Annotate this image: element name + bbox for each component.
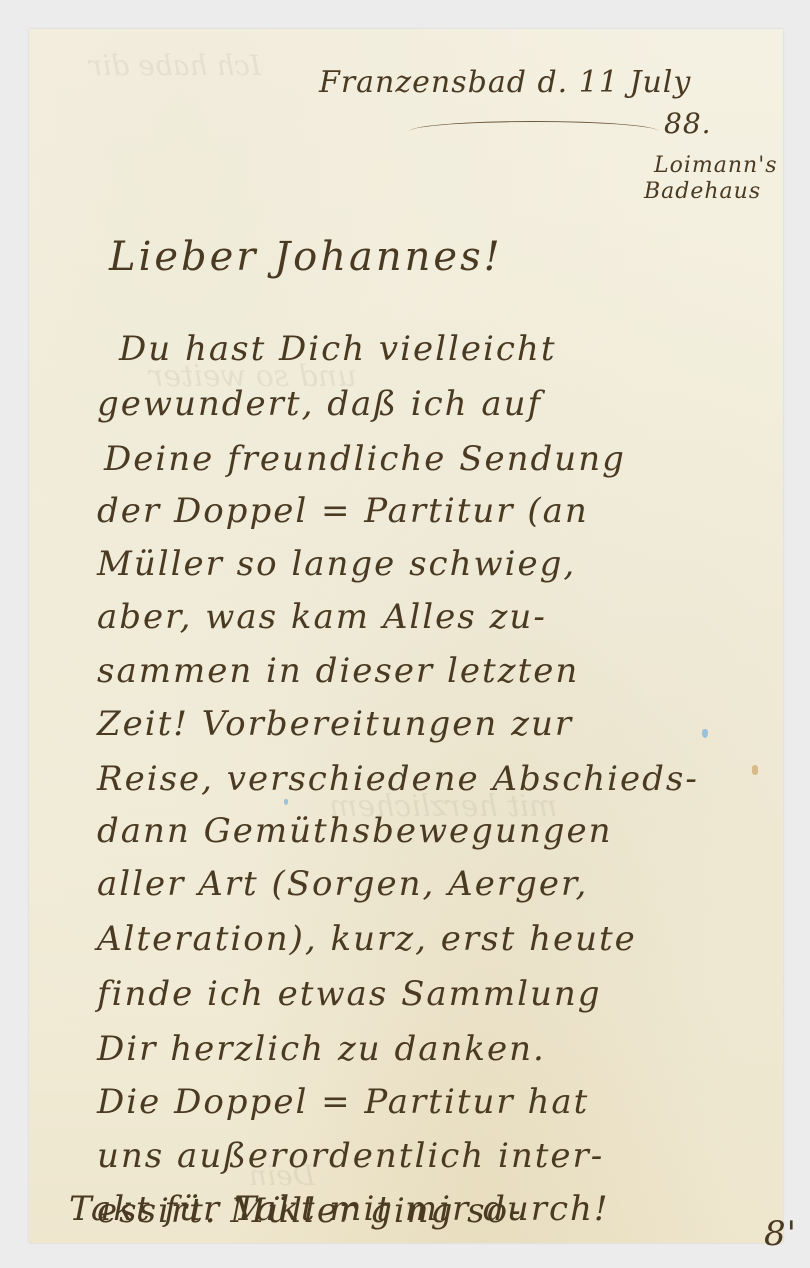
body-line: uns außerordentlich inter- [97, 1136, 604, 1176]
blue-ink-spot [284, 799, 288, 805]
paper-stain [752, 765, 758, 775]
body-line: Zeit! Vorbereitungen zur [97, 704, 573, 744]
body-line: Deine freundliche Sendung [104, 439, 626, 479]
body-line: gewundert, daß ich auf [97, 384, 542, 424]
body-line: Müller so lange schwieg, [97, 544, 576, 584]
bleed-through-text: Ich habe dir [89, 49, 261, 82]
body-line: Reise, verschiedene Abschieds- [97, 759, 699, 799]
body-line: Alteration), kurz, erst heute [97, 919, 637, 959]
page-marker: 8' [764, 1214, 797, 1254]
blue-ink-spot [702, 729, 708, 738]
body-line: aller Art (Sorgen, Aerger, [97, 864, 588, 904]
body-line: dann Gemüthsbewegungen [97, 811, 613, 851]
header-location-line1: Loimann's [654, 153, 778, 178]
body-line: Du hast Dich vielleicht [119, 329, 556, 369]
body-line: sammen in dieser letzten [97, 651, 579, 691]
header-year: 88. [664, 107, 712, 140]
body-line: finde ich etwas Sammlung [97, 974, 602, 1014]
salutation: Lieber Johannes! [109, 234, 503, 280]
body-line: aber, was kam Alles zu- [97, 597, 547, 637]
header-place-date: Franzensbad d. 11 July [319, 65, 691, 100]
body-line: Dir herzlich zu danken. [97, 1029, 546, 1069]
body-line: der Doppel = Partitur (an [97, 491, 589, 531]
letter-page: Ich habe dir und so weiter mit herzliche… [29, 29, 783, 1243]
body-last-line: Takt für Takt mit mir durch! [69, 1189, 610, 1229]
body-line: Die Doppel = Partitur hat [97, 1082, 589, 1122]
header-location-line2: Badehaus [644, 179, 761, 204]
header-flourish [409, 121, 659, 142]
